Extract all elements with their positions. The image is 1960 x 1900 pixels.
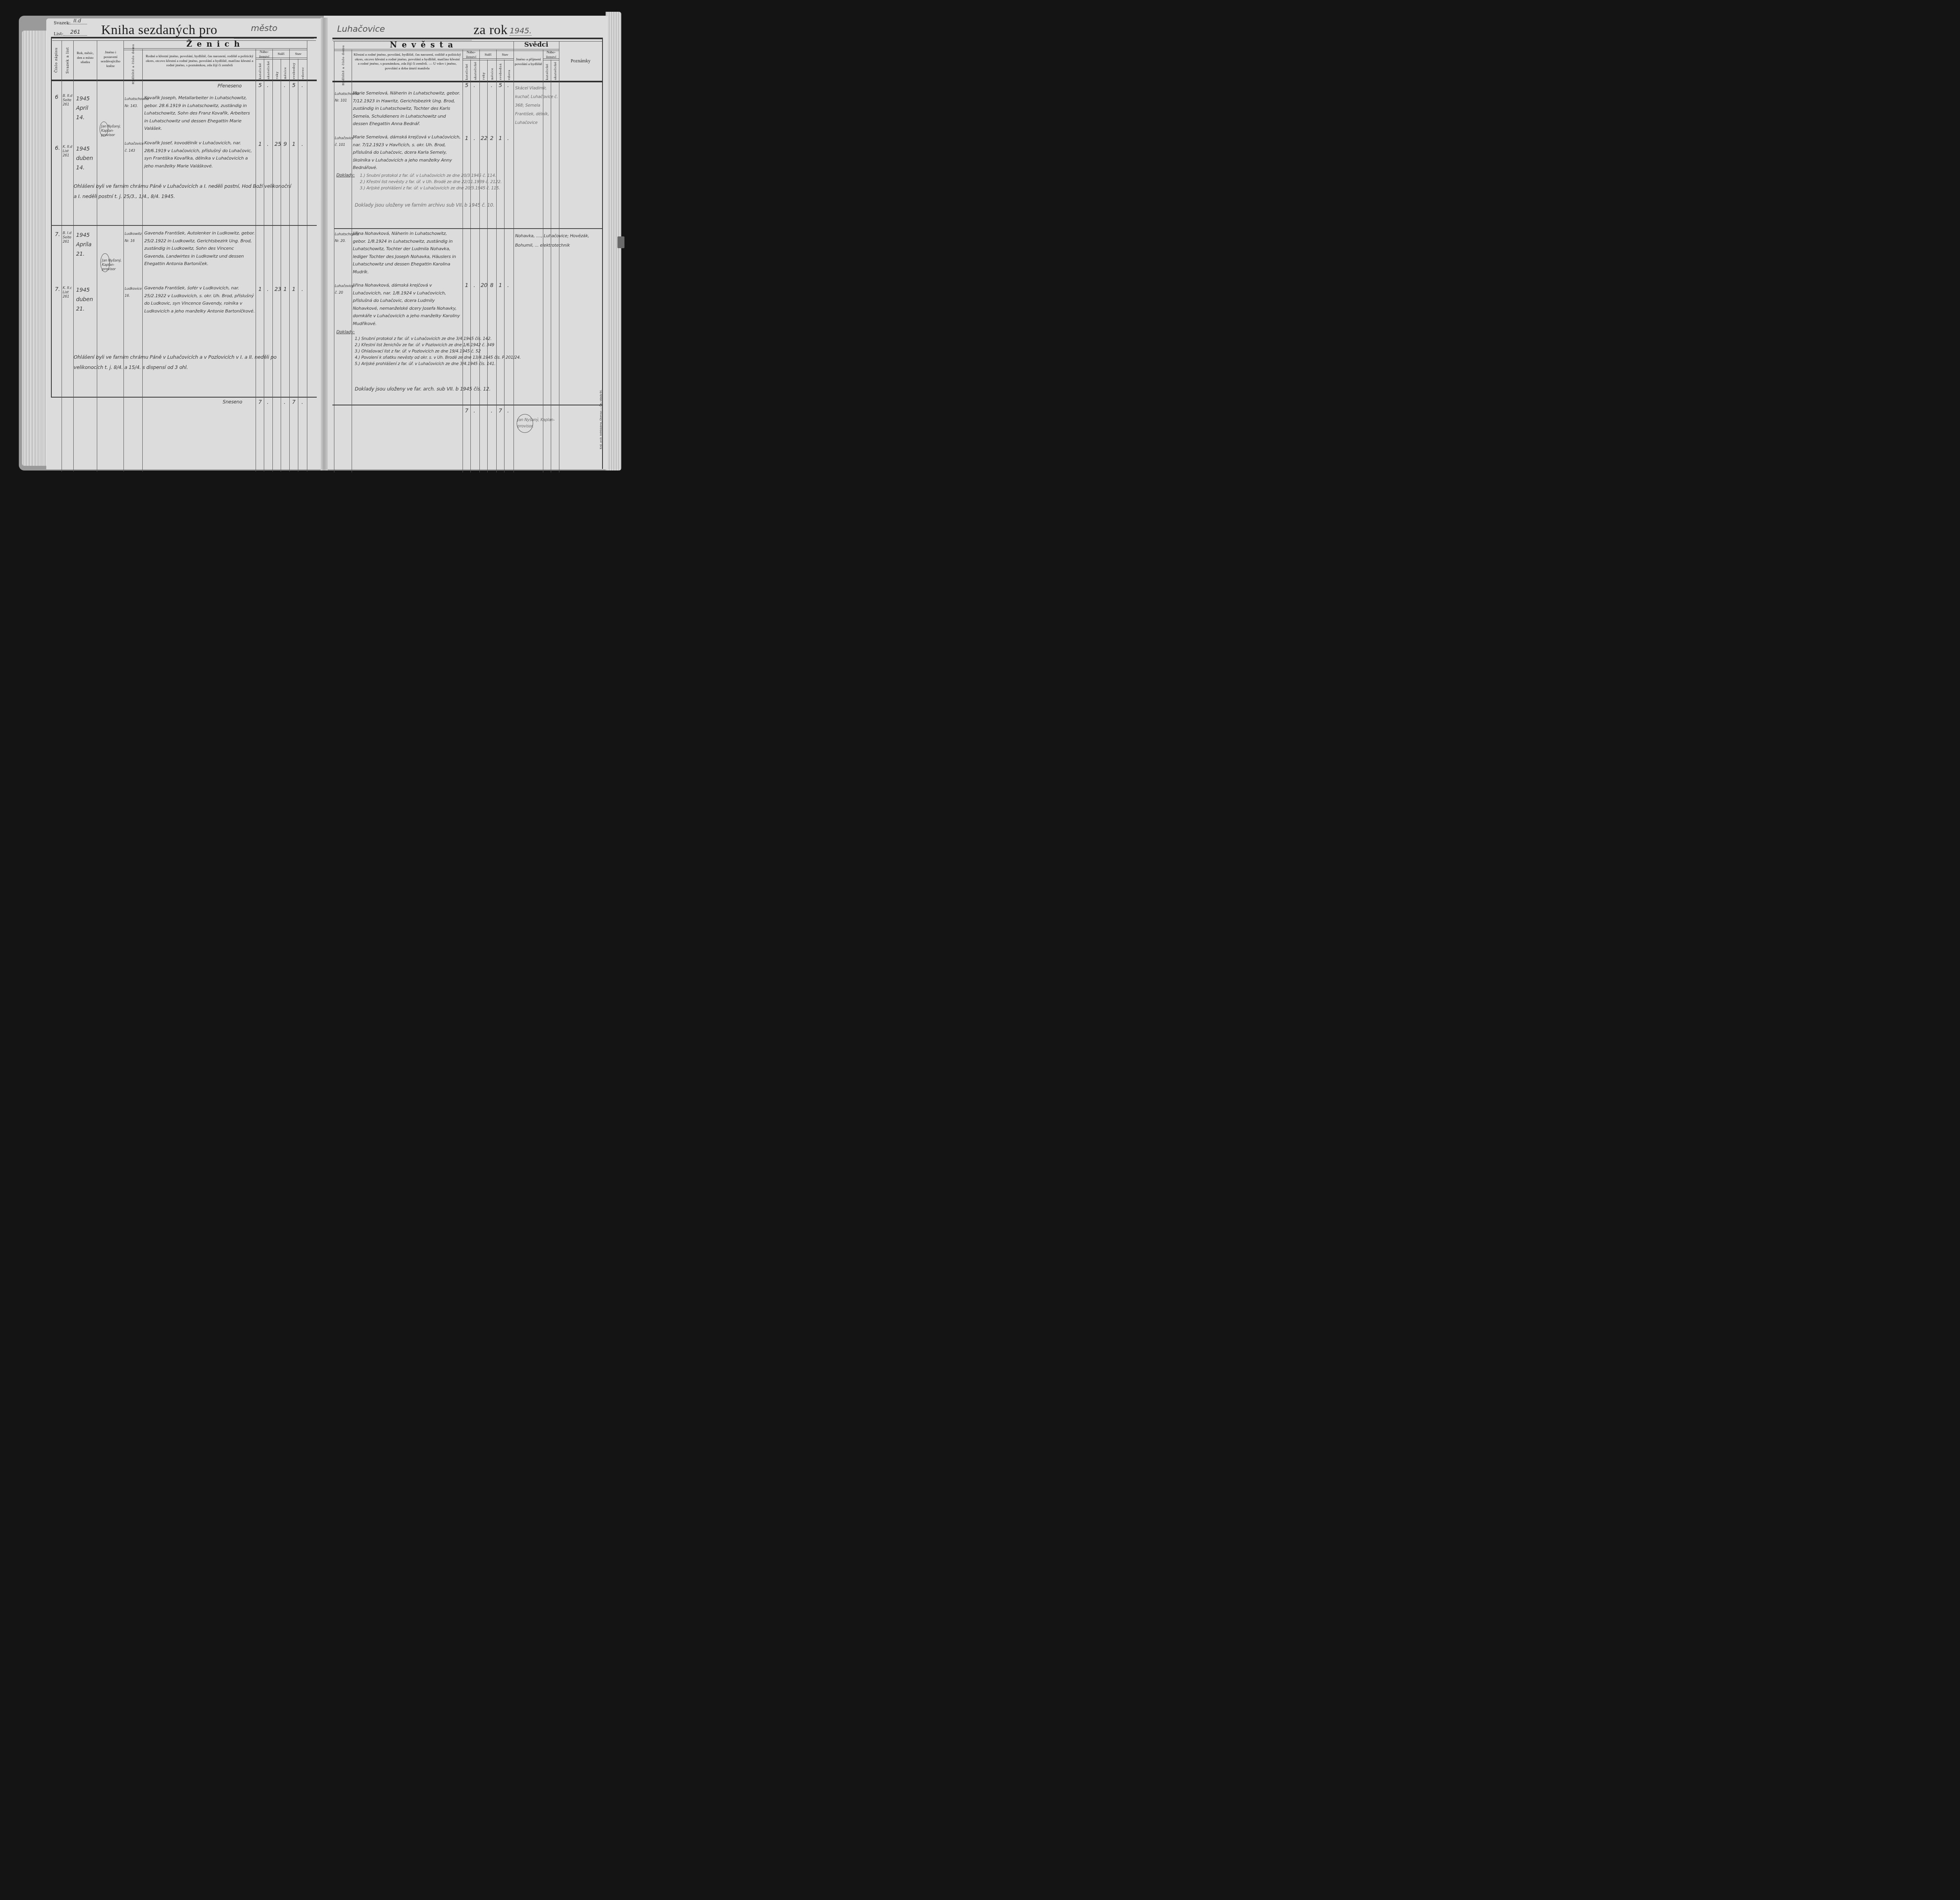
count-cell: . [301, 141, 303, 147]
left-header-bottom-rule [51, 80, 317, 81]
year-value: 1945. [510, 26, 532, 36]
header-roky: roky [275, 67, 279, 79]
count-cell: 7 [258, 399, 262, 405]
count-cell: . [301, 286, 303, 292]
col-divider [298, 59, 298, 472]
count-cell: 8 [490, 282, 494, 289]
imprint-cell: Kniž. arcib. knihtiskárna, Olomouc — Čís… [600, 372, 603, 467]
header-akatolicke: akatolické [267, 59, 270, 79]
col-divider [123, 40, 124, 472]
count-cell: 1 [465, 135, 468, 142]
groom-details: Kovařík Josef, kovodělník v Luhačovicích… [144, 139, 255, 170]
printer-imprint: Kniž. arcib. knihtiskárna, Olomouc — Čís… [600, 390, 603, 449]
entry-date: 1945 April 14. [76, 94, 96, 122]
header-svazek-cell: Svazek a list [62, 42, 73, 79]
col-divider [73, 40, 74, 472]
hdr-cell: svobodný [290, 60, 298, 79]
header-zenich-bydliste-cell: Bydliště a číslo domu [124, 50, 142, 79]
header-cislo-zapisu: Číslo zápisu [54, 47, 58, 73]
count-cell: 2 [490, 135, 494, 142]
col-divider [272, 49, 273, 472]
left-table-left-border [51, 37, 52, 398]
bookmark-tab [617, 236, 624, 248]
header-nevesta-bydliste: Bydliště a číslo domu [341, 45, 345, 85]
entry-date: 1945 duben 21. [76, 285, 96, 314]
bride-details: Marie Semelová, Näherin in Luhatschowitz… [353, 89, 461, 128]
count-cell: . [507, 282, 509, 289]
count-cell: . [474, 135, 475, 142]
svazek-value: II.d [67, 18, 87, 24]
bride-details: Marie Semelová, dámská krejčová v Luhačo… [353, 133, 461, 172]
book-gutter [321, 18, 328, 470]
header-svazek-a-list: Svazek a list [66, 47, 70, 74]
hdr-cell: měsíce [281, 63, 289, 79]
entry-date: 1945 duben 14. [76, 144, 96, 173]
groom-residence: Luhačovice č. 143 [125, 140, 142, 154]
col-divider [479, 50, 480, 472]
count-cell: . [491, 82, 492, 89]
header-zenich-bydliste: Bydliště a číslo domu [131, 44, 135, 84]
count-cell: 7 [465, 408, 468, 414]
col-divider [281, 59, 281, 472]
document-item: 4.) Povolení k sňatku nevěsty od okr. s.… [355, 354, 559, 361]
hdr-cell: roky [480, 67, 487, 80]
entry-group-separator [334, 228, 602, 229]
bride-residence: Luhatschowitz Nr. 20. [335, 231, 351, 245]
header-mesice: měsíce [490, 64, 494, 80]
documents-archive: Doklady jsou uloženy ve far. arch. sub V… [355, 386, 559, 392]
page-title: Kniha sezdaných pro [101, 23, 218, 38]
document-item: 3.) Arijské prohlášení z far. úř. v Luha… [360, 185, 564, 191]
witnesses: Nohavka, ...., Luhačovice; Hovězák, Bohu… [515, 231, 600, 250]
count-cell: . [474, 408, 475, 414]
entry-date: 1945 Apríla 21. [76, 231, 96, 259]
header-vdovec: vdovec [301, 63, 305, 79]
bride-details: Jiřina Nohavková, Näherin in Luhatschowi… [353, 230, 461, 276]
banns-note: Ohlášeni byli ve farním chrámu Páně v Lu… [74, 181, 293, 202]
hdr-cell: svobodná [497, 60, 504, 80]
count-cell: 7 [499, 408, 502, 414]
col-divider [352, 50, 352, 472]
documents-label: Doklady: [336, 329, 355, 334]
place-type-line [234, 38, 314, 39]
count-cell: . [267, 82, 269, 89]
header-katolicke: katolické [258, 59, 262, 79]
year-label: za rok [474, 23, 508, 38]
left-total-rule [51, 397, 317, 398]
col-divider [307, 40, 307, 472]
col-divider [334, 41, 334, 472]
count-cell: . [301, 399, 303, 405]
groom-residence: Luhatschowitz Nr. 143. [125, 96, 142, 110]
header-zenich-stari: Stáří [273, 52, 289, 56]
count-cell: . [267, 141, 269, 147]
documents-list: 1.) Snubní protokol z far. úř. v Luhačov… [355, 336, 559, 367]
col-divider [487, 60, 488, 472]
count-cell: 25 [274, 141, 281, 147]
header-zenich-desc: Rodné a křestní jméno, povolání, bydlišt… [145, 54, 254, 68]
header-svedci-jmeno: Jméno a příjmení povolání a bydliště [514, 57, 543, 66]
bride-residence: Luhačovice č. 101 [335, 135, 351, 149]
hdr-cell: katolické [543, 60, 551, 80]
hdr-cell: vdovec [298, 63, 307, 79]
section-nevesta: Nevěsta [334, 40, 514, 49]
count-cell: . [507, 408, 509, 414]
documents-archive: Doklady jsou uloženy ve farním archivu s… [355, 202, 559, 208]
header-nevesta-bydliste-cell: Bydliště a číslo domu [334, 51, 352, 80]
left-table-top-rule [51, 37, 317, 38]
hdr-cell: katolické [256, 59, 264, 79]
hdr-cell: akatolické [264, 59, 272, 79]
place-type: město [251, 24, 278, 33]
section-svedci: Svědci [514, 41, 559, 49]
col-divider [264, 59, 264, 472]
header-nevesta-stari: Stáří [480, 53, 496, 57]
document-item: 2.) Křestní list nevěsty z far. úř. v Uh… [360, 179, 564, 185]
header-svedci-nabozenstvi: Nábo- ženství [543, 50, 559, 59]
entry-number: 6 [55, 94, 58, 100]
header-akatolicke: akatolické [474, 60, 477, 80]
count-cell: . [301, 82, 303, 89]
header-jmeno-kneze: Jméno i postavení sezdávajícího kněze [98, 50, 123, 68]
header-nevesta-desc: Křestní a rodné jméno, povolání, bydlišt… [354, 53, 461, 71]
banns-note: Ohlášení byli ve farním chrámu Páně v Lu… [74, 352, 293, 372]
count-cell: . [284, 399, 285, 405]
header-zenich-stav: Stav [290, 52, 307, 56]
right-table-top-rule [332, 38, 603, 39]
hdr-cell: měsíce [488, 64, 496, 80]
col-divider [62, 40, 62, 472]
col-divider [496, 50, 497, 472]
bride-details: Jiřina Nohavková, dámská krejčová v Luha… [353, 282, 461, 327]
header-akatolicke: akatolické [554, 60, 557, 80]
count-cell: . [267, 399, 269, 405]
hdr-cell: katolické [463, 60, 470, 80]
entry-priest: Jan Nyšaný, Kaplan-provisor [101, 125, 123, 138]
count-cell: 5 [499, 82, 502, 89]
col-divider [289, 49, 290, 472]
entry-svazek: K. II.c List 261 [63, 286, 73, 299]
count-cell: . [507, 82, 509, 89]
bride-residence: Luhatschowitz Nr. 101 [335, 91, 351, 104]
header-katolicke: katolické [465, 60, 468, 80]
header-svobodna: svobodná [499, 60, 502, 80]
col-divider [504, 60, 505, 472]
count-cell: . [474, 282, 475, 289]
count-cell: 1 [292, 141, 296, 147]
count-cell: 1 [292, 286, 296, 292]
col-divider [142, 49, 143, 472]
header-nevesta-nabozenstvi: Nábo- ženství [463, 50, 479, 59]
header-poznamky: Poznámky [560, 58, 601, 64]
header-cislo-zapisu-cell: Číslo zápisu [51, 42, 62, 79]
header-zenich-nabozenstvi: Nábo- ženství [256, 50, 272, 59]
entry-number: 6. [55, 145, 60, 151]
count-cell: 9 [283, 141, 287, 147]
col-divider [559, 41, 559, 472]
header-rok-mesic: Rok, měsíc, den a místo sňatku [74, 51, 97, 65]
totals-label: Sneseno [223, 399, 242, 405]
col-divider [514, 41, 514, 472]
count-cell: . [491, 408, 492, 414]
count-cell: . [474, 82, 475, 89]
count-cell: 1 [283, 286, 287, 292]
count-cell: . [507, 135, 509, 142]
col-divider [463, 50, 463, 472]
list-value: 261 [64, 29, 87, 36]
entry-svazek: B. II.d Seite 261 [63, 94, 73, 107]
header-nevesta-stav: Stav [497, 53, 514, 57]
header-roky: roky [482, 67, 485, 80]
document-item: 5.) Arijské prohlášení z far. úř. v Luha… [355, 361, 559, 367]
document-item: 1.) Snubní protokol z far. úř. v Luhačov… [360, 173, 564, 179]
count-cell: 22 [481, 135, 487, 142]
count-cell: 5 [292, 82, 296, 89]
entry-number: 7. [55, 286, 60, 292]
count-cell: 5 [258, 82, 262, 89]
groom-details: Gavenda František, šofér v Ludkovicích, … [144, 284, 255, 315]
bride-residence: Luhačovice č. 20 [335, 283, 351, 296]
header-mesice: měsíce [283, 63, 287, 79]
documents-label: Doklady: [336, 173, 355, 178]
count-cell: 5 [465, 82, 468, 89]
entry-svazek: B. I.d Seite 261 [63, 231, 73, 244]
hdr-cell: vdova [505, 65, 514, 80]
col-divider [470, 60, 471, 472]
list-label: List: [54, 31, 64, 36]
count-cell: 23 [274, 286, 281, 292]
header-katolicke: katolické [545, 60, 549, 80]
carried-forward-label: Přeneseno [218, 83, 241, 89]
count-cell: 1 [465, 282, 468, 289]
groom-details: Kovařík Joseph, Metallarbeiter in Luhats… [144, 94, 255, 133]
document-item: 2.) Křestní list ženichův ze far. úř. v … [355, 342, 559, 348]
section-zenich: Ženich [124, 39, 307, 49]
count-cell: 1 [258, 286, 262, 292]
right-total-rule [332, 405, 603, 405]
count-cell: . [284, 82, 285, 89]
count-cell: 1 [499, 282, 502, 289]
hdr-cell: akatolické [551, 60, 559, 80]
documents-list: 1.) Snubní protokol z far. úř. v Luhačov… [360, 173, 564, 191]
col-divider [256, 49, 256, 472]
col-divider [97, 40, 97, 472]
header-svobodny: svobodný [292, 60, 296, 79]
place-name: Luhačovice [337, 24, 385, 34]
count-cell: 1 [258, 141, 262, 147]
count-cell: . [267, 286, 269, 292]
document-item: 1.) Snubní protokol z far. úř. v Luhačov… [355, 336, 559, 342]
footer-signature: Jan Nyšaný, Kaplan-provisor. [517, 417, 561, 430]
count-cell: 20 [481, 282, 487, 289]
entry-priest: Jan Nyšaný, Kaplan-provisor [102, 259, 124, 272]
entry-group-separator [51, 225, 317, 226]
document-item: 3.) Ohlašovací list z far. úř. v Pozlovi… [355, 348, 559, 354]
entry-svazek: K. II.d List 261 [63, 145, 73, 158]
entry-number: 7. [55, 231, 60, 238]
witnesses: Skácel Vladimír, kuchař, Luhačovice č. 3… [515, 84, 558, 127]
hdr-cell: roky [273, 67, 281, 79]
groom-residence: Ludkovice 16. [125, 285, 142, 300]
count-cell: 1 [499, 135, 502, 142]
header-vdova: vdova [507, 65, 511, 80]
groom-details: Gavenda František, Autolenker in Ludkowi… [144, 229, 255, 268]
groom-residence: Ludkowitz Nr. 16 [125, 231, 142, 245]
hdr-cell: akatolické [471, 60, 479, 80]
count-cell: 7 [292, 399, 296, 405]
